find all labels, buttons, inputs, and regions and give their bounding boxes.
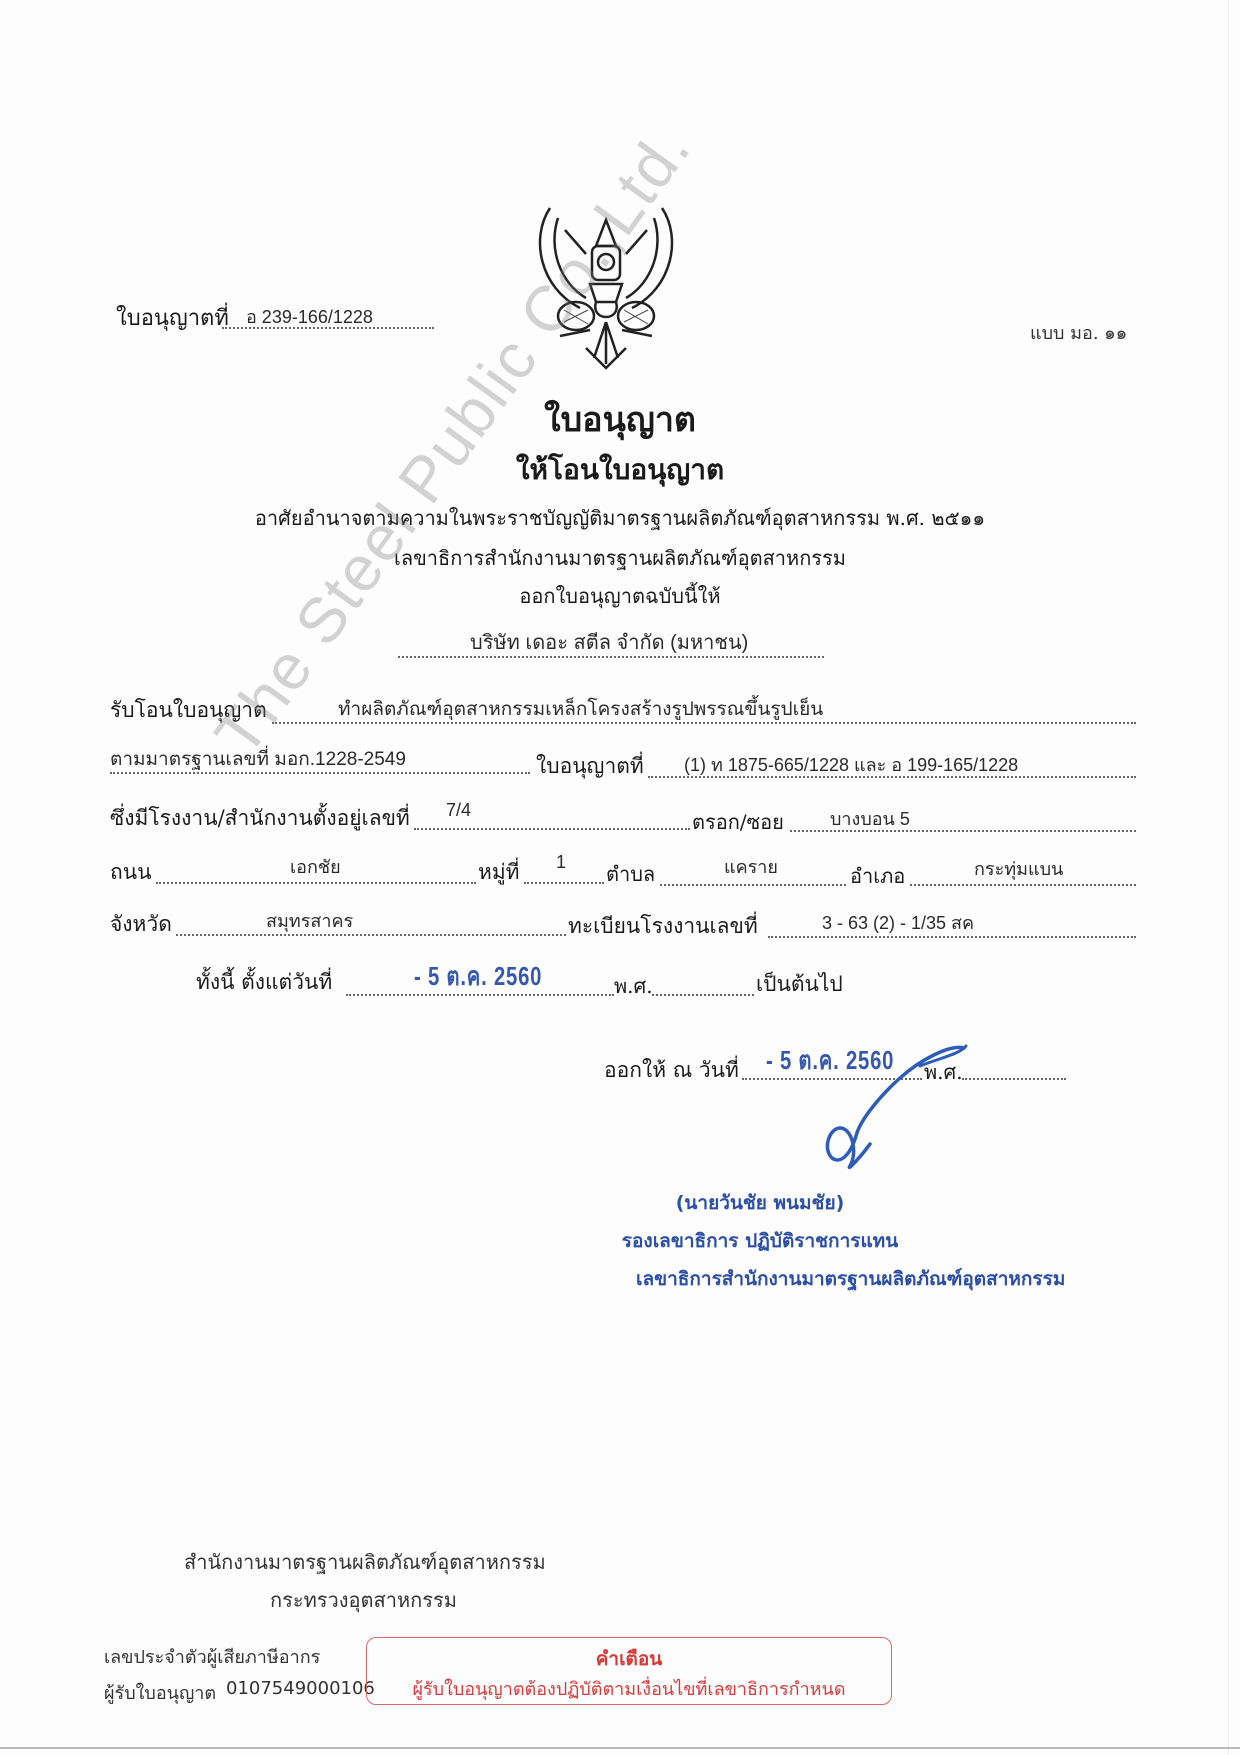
reg-label: ทะเบียนโรงงานเลขที่ [568,910,758,943]
tambon-dots [660,884,846,886]
moo-label: หมู่ที่ [478,856,520,889]
signature-icon [800,1040,980,1180]
road-dots [156,882,476,884]
signer-office: เลขาธิการสำนักงานมาตรฐานผลิตภัณฑ์อุตสาหก… [636,1264,1065,1294]
moo-dots [524,882,604,884]
standard-dots [110,772,530,774]
transfer-value: ทำผลิตภัณฑ์อุตสาหกรรมเหล็กโครงสร้างรูปพร… [338,694,823,724]
license-label: ใบอนุญาตที่ [536,750,644,783]
license-no-value: อ 239-166/1228 [246,302,373,331]
reg-value: 3 - 63 (2) - 1/35 สค [822,908,974,937]
factory-dots [414,828,690,830]
tax-id-label-2: ผู้รับใบอนุญาต [104,1678,216,1707]
amphoe-value: กระทุ่มแบน [974,854,1063,883]
road-value: เอกชัย [290,852,341,881]
soi-value: บางบอน 5 [830,804,910,833]
document-subtitle: ให้โอนใบอนุญาต [0,448,1240,492]
authority-line: อาศัยอำนาจตามความในพระราชบัญญัติมาตรฐานผ… [0,502,1240,534]
effective-prefix: ทั้งนี้ ตั้งแต่วันที่ [196,966,332,999]
effective-suffix: เป็นต้นไป [756,968,843,1001]
form-code: แบบ มอ. ๑๑ [1030,318,1127,347]
province-value: สมุทรสาคร [266,906,353,935]
issuer-line: เลขาธิการสำนักงานมาตรฐานผลิตภัณฑ์อุตสาหก… [0,542,1240,574]
soi-label: ตรอก/ซอย [692,806,784,838]
province-dots [176,934,566,936]
amphoe-label: อำเภอ [850,860,905,892]
amphoe-dots [910,884,1136,886]
tax-id-label: เลขประจำตัวผู้เสียภาษีอากร [104,1642,320,1671]
document-title: ใบอนุญาต [0,392,1240,446]
road-label: ถนน [110,856,151,889]
effective-be-label: พ.ศ. [614,970,653,1002]
effective-be-dots [652,994,754,996]
tambon-value: แคราย [724,852,778,881]
tambon-label: ตำบล [606,858,655,890]
issue-to-line: ออกใบอนุญาตฉบับนี้ให้ [0,580,1240,612]
factory-value: 7/4 [446,800,471,821]
warning-title: คำเตือน [366,1644,892,1674]
footer-office: สำนักงานมาตรฐานผลิตภัณฑ์อุตสาหกรรม [184,1546,546,1578]
recipient-name: บริษัท เดอะ สตีล จำกัด (มหาชน) [470,626,748,658]
warning-text: ผู้รับใบอนุญาตต้องปฏิบัติตามเงื่อนไขที่เ… [366,1674,892,1703]
issue-date-label: ออกให้ ณ วันที่ [604,1054,739,1087]
moo-value: 1 [556,852,566,873]
signer-name: (นายวันชัย พนมชัย) [0,1188,1240,1218]
license-value: (1) ท 1875-665/1228 และ อ 199-165/1228 [684,750,1018,779]
effective-date-stamp: - 5 ต.ค. 2560 [414,956,542,997]
scan-edge [0,1747,1240,1749]
recipient-dots [398,656,824,658]
footer-ministry: กระทรวงอุตสาหกรรม [270,1584,457,1616]
factory-label: ซึ่งมีโรงงาน/สำนักงานตั้งอยู่เลขที่ [110,802,410,835]
signer-title: รองเลขาธิการ ปฏิบัติราชการแทน [0,1226,1240,1256]
province-label: จังหวัด [110,908,172,941]
page-edge [1228,0,1229,1755]
tax-id-value: 0107549000106 [226,1678,375,1699]
license-no-label: ใบอนุญาตที่ [116,300,229,335]
